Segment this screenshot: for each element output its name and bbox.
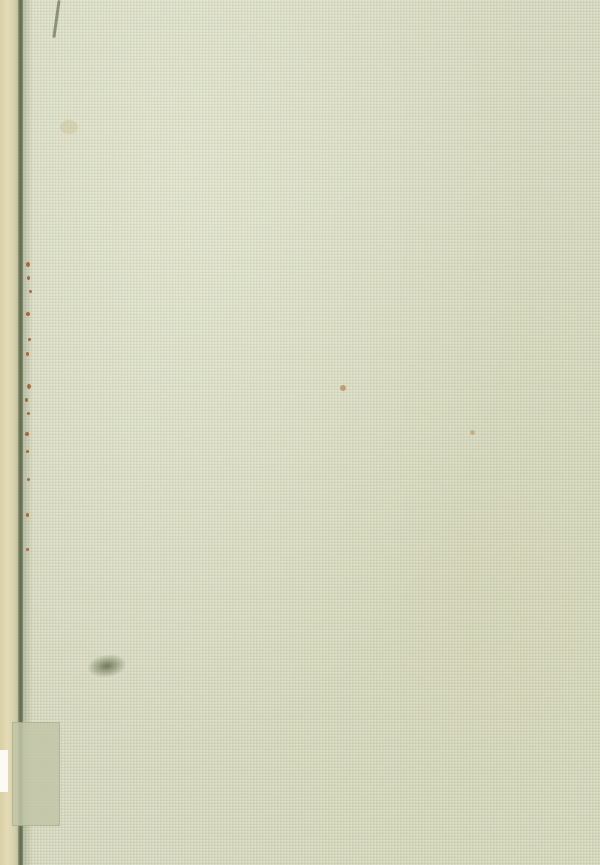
rust-spot [26, 548, 29, 551]
rust-spot [25, 432, 29, 436]
rust-spot [26, 262, 30, 267]
rust-spot [27, 478, 30, 481]
rust-spot [25, 398, 28, 402]
stain [340, 385, 346, 391]
rust-spot [28, 338, 31, 341]
edge-tag [0, 750, 8, 792]
rust-spot [26, 312, 30, 316]
rust-spot [26, 450, 29, 453]
stain [470, 430, 475, 435]
rust-spot [26, 513, 29, 517]
rust-spot [27, 276, 30, 280]
library-label-patch [12, 722, 60, 826]
rust-spot [29, 290, 32, 293]
rust-spot [26, 352, 29, 356]
rust-spot [27, 412, 30, 415]
stain [60, 120, 78, 134]
dark-smudge [87, 652, 128, 679]
scratch-mark [52, 0, 60, 38]
book-cover [0, 0, 600, 865]
rust-spot [27, 384, 31, 389]
